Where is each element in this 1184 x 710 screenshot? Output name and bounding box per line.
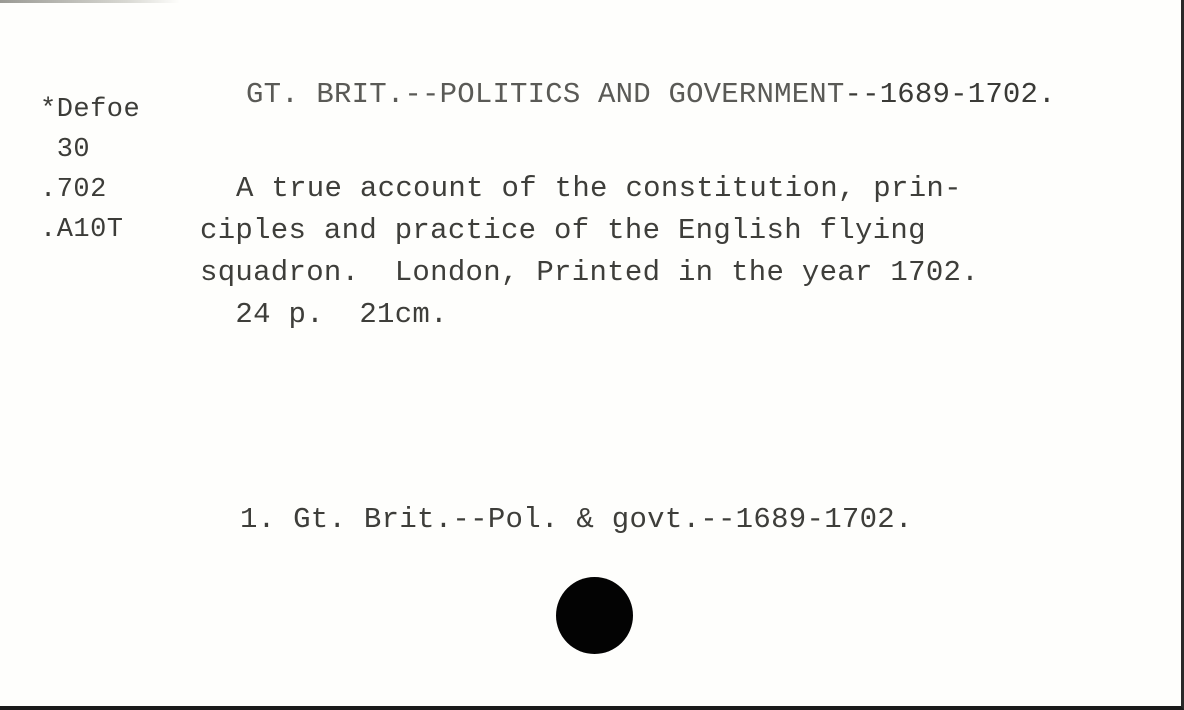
punch-hole [556,577,633,654]
bibliographic-description: A true account of the constitution, prin… [200,168,979,336]
subject-tracing: 1. Gt. Brit.--Pol. & govt.--1689-1702. [240,500,913,540]
call-number-line: .702 [40,170,140,210]
call-number-line: .A10T [40,210,140,250]
title-line: ciples and practice of the English flyin… [200,210,979,252]
call-number-line: *Defoe [40,90,140,130]
collation-line: 24 p. 21cm. [200,294,979,336]
subject-heading: GT. BRIT.--POLITICS AND GOVERNMENT--1689… [246,76,1056,114]
catalog-card: *Defoe 30 .702 .A10T GT. BRIT.--POLITICS… [0,0,1184,710]
call-number-line: 30 [40,130,140,170]
call-number: *Defoe 30 .702 .A10T [40,90,140,250]
imprint-line: squadron. London, Printed in the year 17… [200,252,979,294]
subject-heading-dates: --1689-1702. [845,78,1056,111]
card-top-edge [0,0,180,3]
title-line: A true account of the constitution, prin… [200,168,979,210]
subject-heading-main: GT. BRIT.--POLITICS AND GOVERNMENT [246,78,845,111]
